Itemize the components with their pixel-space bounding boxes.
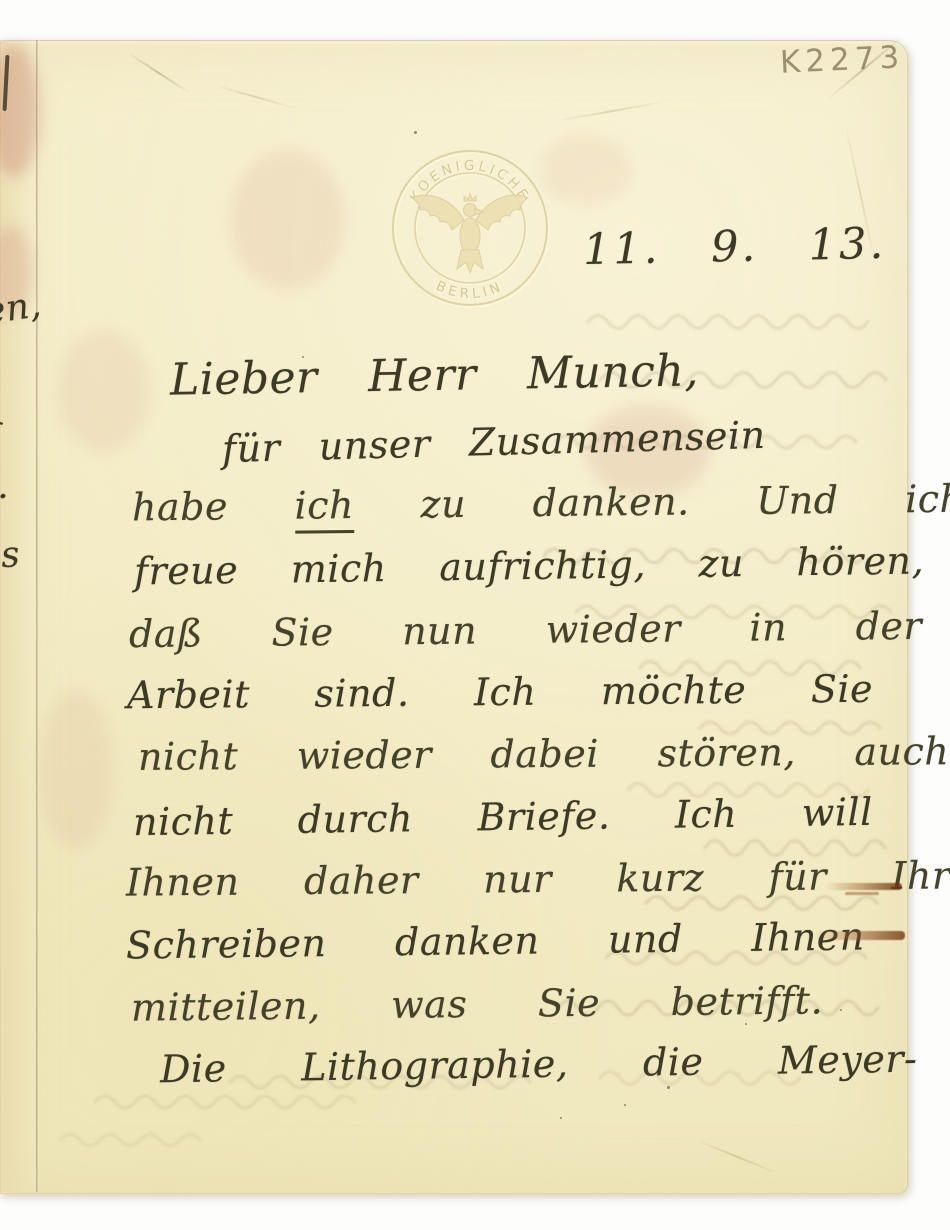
ink-speck — [414, 131, 417, 134]
line-text: Schreiben danken und Ihnen — [126, 914, 865, 967]
letter-line-4: daß Sie nun wieder in der — [129, 604, 923, 656]
scanned-letter-page: KOENIGLICHE BERLIN K2273 11. 9. 13. Lieb… — [0, 0, 950, 1230]
stain-blotch — [58, 330, 150, 452]
left-edge-fragment: is — [0, 534, 21, 577]
underlined-word: ich — [294, 483, 354, 534]
ink-speck — [745, 1023, 747, 1025]
stain-blotch — [230, 150, 345, 290]
ink-speck — [624, 1104, 626, 1106]
fold-crease — [36, 40, 39, 1192]
stain-blotch — [40, 690, 112, 850]
line-text: mitteilen, was Sie betrifft. — [131, 978, 823, 1029]
pencil-catalog-number: K2273 — [779, 39, 905, 80]
ink-speck — [667, 1086, 670, 1089]
line-text: nicht wieder dabei stören, auch — [138, 729, 950, 779]
ink-speck — [560, 1117, 562, 1119]
line-text: habe — [132, 484, 295, 530]
rust-stain — [815, 931, 905, 940]
line-text: zu danken. Und ich — [354, 477, 950, 527]
adjacent-page-strip — [0, 40, 37, 1192]
line-text: daß Sie nun wieder in der — [129, 604, 923, 656]
rust-stain — [826, 883, 902, 890]
letter-line-10: mitteilen, was Sie betrifft. — [131, 978, 823, 1029]
rust-stain — [845, 892, 879, 895]
letter-date: 11. 9. 13. — [583, 219, 887, 275]
letter-line-6: nicht wieder dabei stören, auch — [138, 729, 950, 779]
letter-line-8: Ihnen daher nur kurz für Ihr — [126, 853, 950, 904]
letter-line-9: Schreiben danken und Ihnen — [126, 914, 865, 967]
stain-blotch — [540, 135, 632, 205]
letter-line-2: habe ich zu danken. Und ich — [132, 477, 950, 530]
ink-speck — [840, 1009, 842, 1011]
ink-speck — [302, 356, 304, 358]
line-text: Ihnen daher nur kurz für Ihr — [126, 853, 950, 904]
line-text: Arbeit sind. Ich möchte Sie — [127, 667, 873, 718]
letter-line-5: Arbeit sind. Ich möchte Sie — [127, 667, 873, 718]
left-edge-fragment: en, — [0, 284, 44, 333]
letter-salutation: Lieber Herr Munch, — [170, 345, 700, 405]
